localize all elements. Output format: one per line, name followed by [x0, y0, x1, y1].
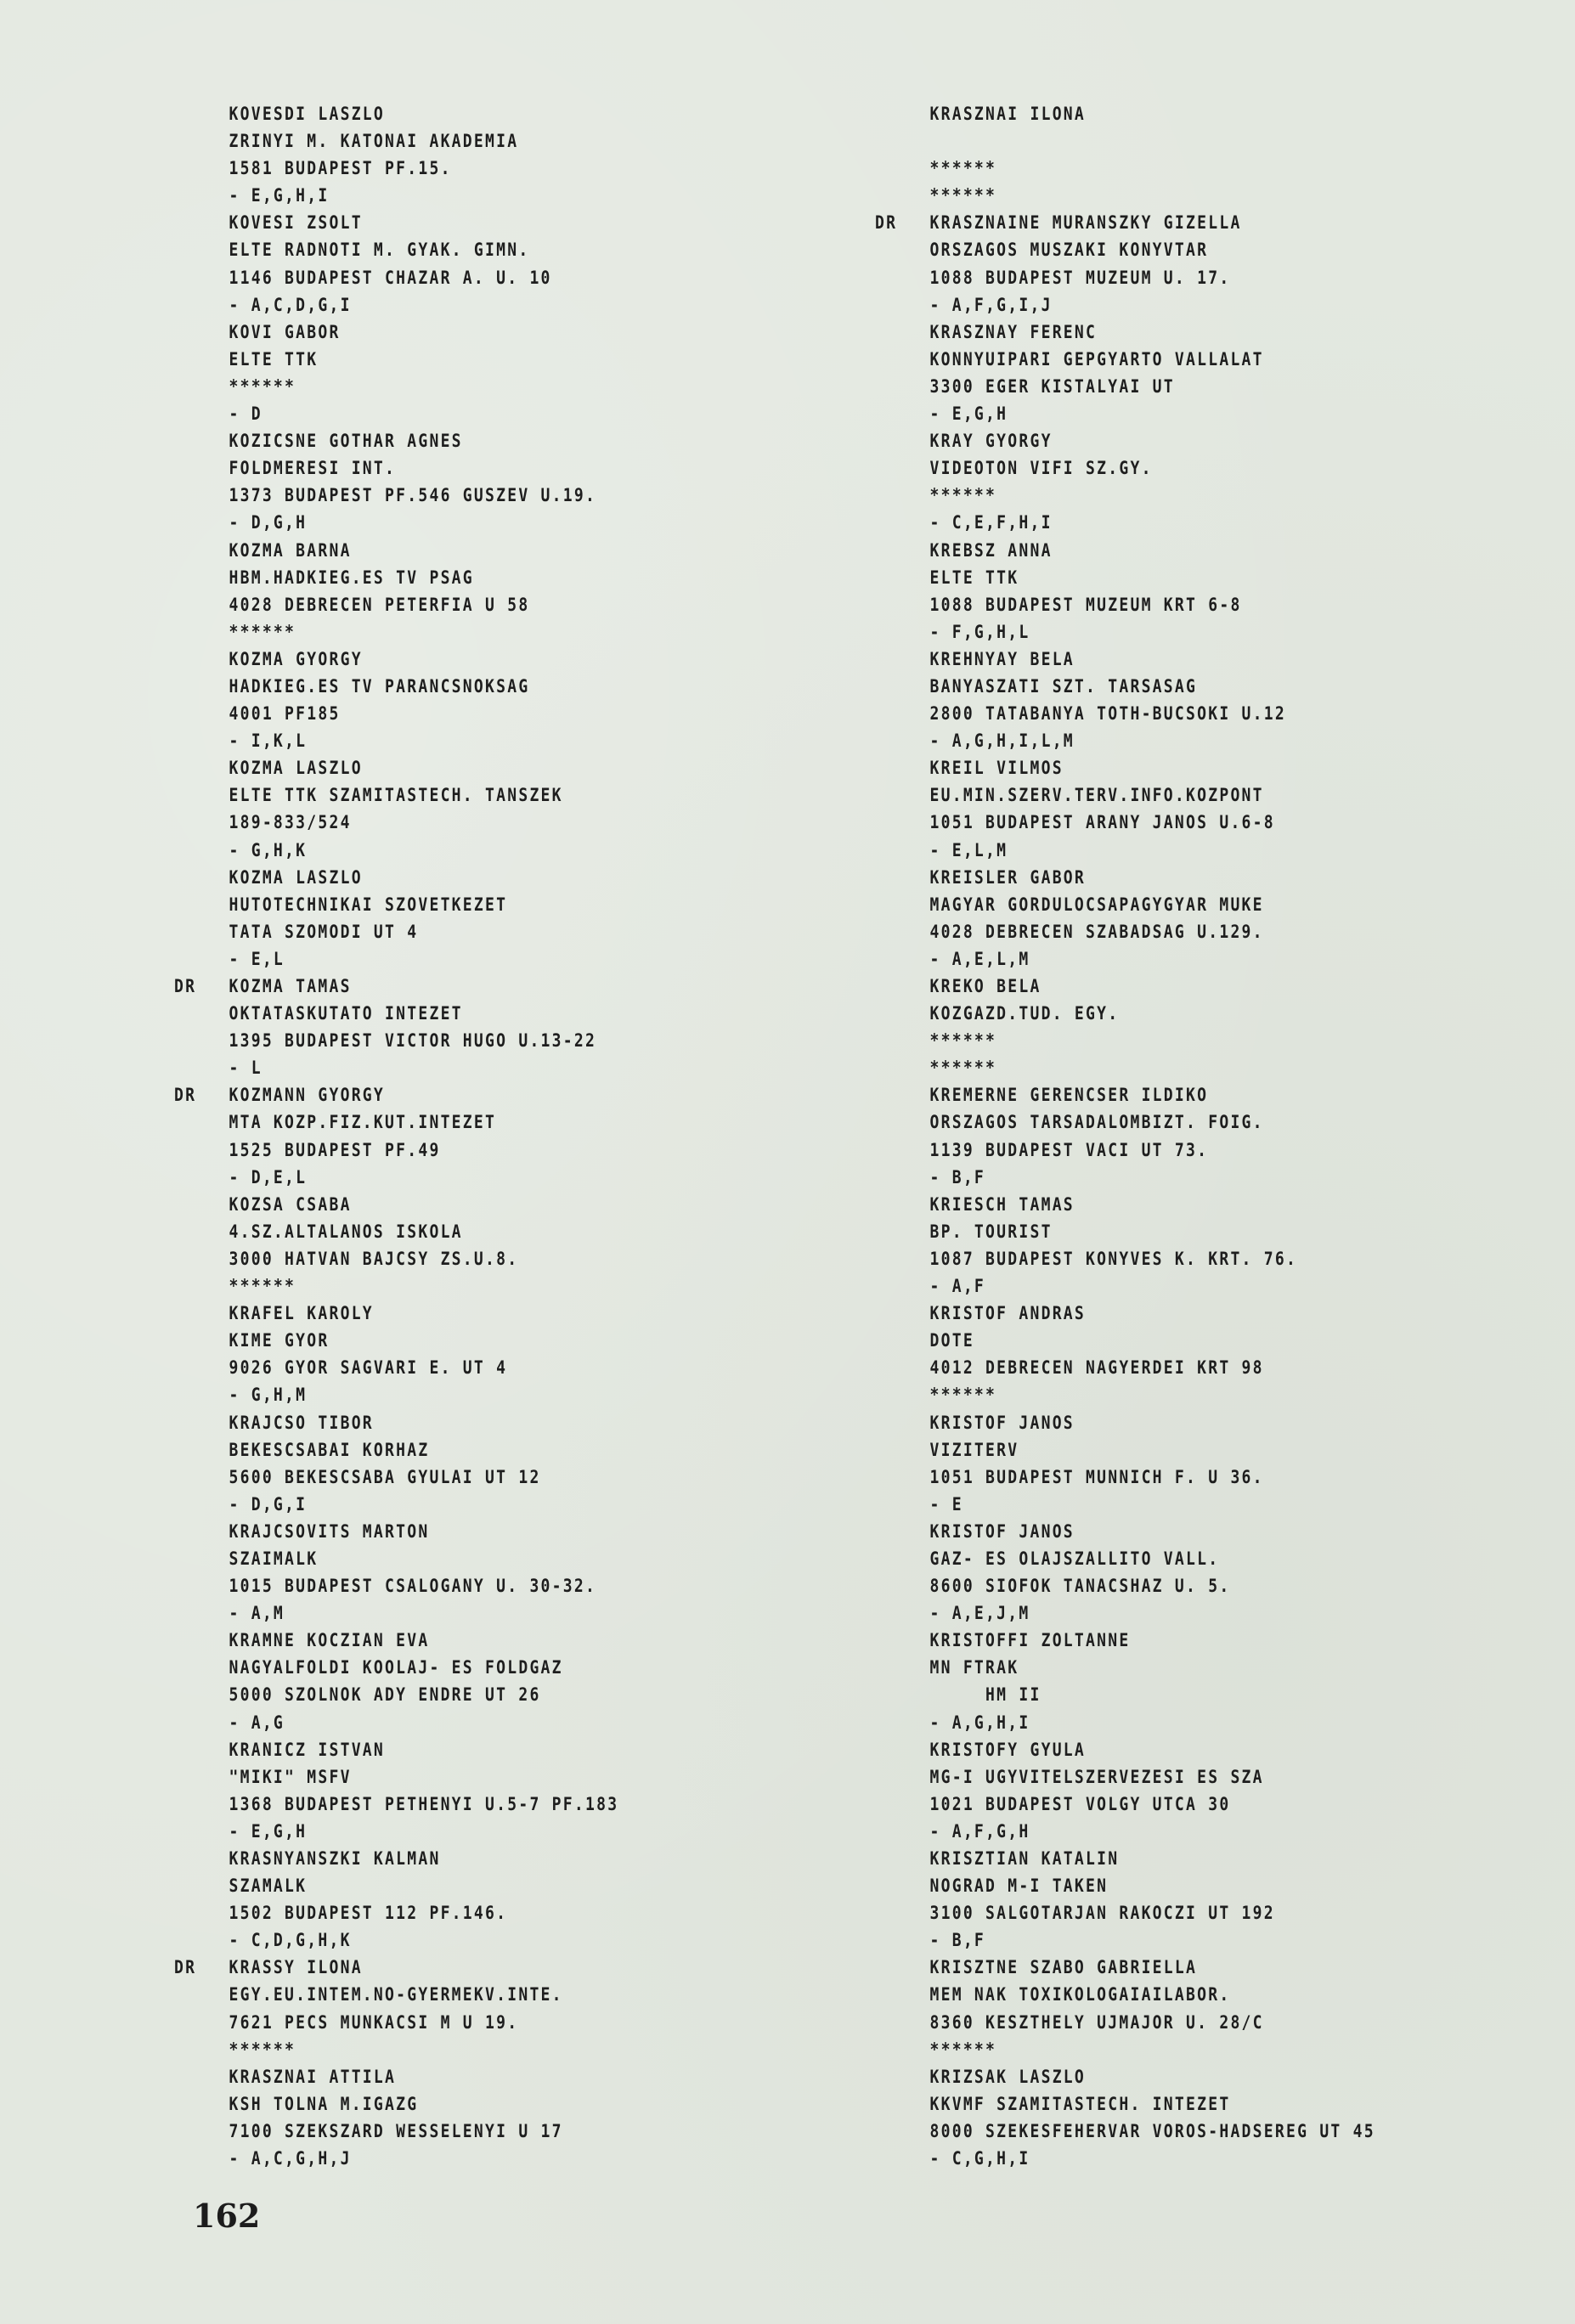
line-text: KRISTOFFI ZOLTANNE	[930, 1630, 1131, 1650]
entry-line: ELTE TTK	[875, 564, 1375, 591]
line-text: ELTE RADNOTI M. GYAK. GIMN.	[229, 240, 530, 260]
category-codes: - A,G,H,I	[875, 1709, 1375, 1736]
line-text: BEKESCSABAI KORHAZ	[229, 1440, 430, 1460]
line-text: ORSZAGOS TARSADALOMBIZT. FOIG.	[930, 1112, 1264, 1132]
entry-line: 1395 BUDAPEST VICTOR HUGO U.13-22	[174, 1027, 618, 1054]
line-text: ******	[930, 158, 997, 178]
entry-line: HM II	[875, 1681, 1375, 1708]
line-text: KRAJCSO TIBOR	[229, 1413, 374, 1433]
line-text: KRISZTNE SZABO GABRIELLA	[930, 1957, 1198, 1977]
category-codes: - B,F	[875, 1926, 1375, 1954]
line-text: KOZMA TAMAS	[229, 976, 352, 996]
line-text: ZRINYI M. KATONAI AKADEMIA	[229, 131, 519, 151]
line-text: 8360 KESZTHELY UJMAJOR U. 28/C	[930, 2012, 1264, 2033]
category-codes: - A,F	[875, 1272, 1375, 1300]
entry-line: ELTE TTK SZAMITASTECH. TANSZEK	[174, 781, 618, 809]
entry-line: ORSZAGOS TARSADALOMBIZT. FOIG.	[875, 1108, 1375, 1136]
line-text: NOGRAD M-I TAKEN	[930, 1876, 1109, 1896]
line-text: 1525 BUDAPEST PF.49	[229, 1140, 441, 1160]
entry-line: 3000 HATVAN BAJCSY ZS.U.8.	[174, 1245, 618, 1272]
placeholder-stars: ******	[174, 373, 618, 400]
line-text: - A,E,J,M	[930, 1603, 1030, 1623]
entry-line: KRAJCSOVITS MARTON	[174, 1518, 618, 1545]
entry-line: DRKOZMA TAMAS	[174, 973, 618, 1000]
category-codes: - D	[174, 400, 618, 427]
line-text: 3300 EGER KISTALYAI UT	[930, 376, 1175, 397]
line-text: KRASZNAI ILONA	[930, 104, 1087, 124]
placeholder-stars: ******	[875, 182, 1375, 209]
category-codes: - E,L	[174, 945, 618, 973]
entry-line: HUTOTECHNIKAI SZOVETKEZET	[174, 891, 618, 918]
line-text: 1051 BUDAPEST MUNNICH F. U 36.	[930, 1467, 1264, 1487]
entry-line: KOVI GABOR	[174, 319, 618, 346]
title-prefix: DR	[174, 973, 229, 1000]
category-codes: - A,E,J,M	[875, 1599, 1375, 1627]
line-text: KRASZNAY FERENC	[930, 322, 1098, 342]
line-text: KREBSZ ANNA	[930, 540, 1053, 561]
entry-line: 4028 DEBRECEN SZABADSAG U.129.	[875, 918, 1375, 945]
line-text: - E,G,H	[930, 403, 1008, 424]
title-prefix: DR	[174, 1954, 229, 1981]
category-codes: - A,F,G,H	[875, 1818, 1375, 1845]
entry-line: 5600 BEKESCSABA GYULAI UT 12	[174, 1464, 618, 1491]
line-text: KONNYUIPARI GEPGYARTO VALLALAT	[930, 349, 1264, 369]
entry-line: KREBSZ ANNA	[875, 537, 1375, 564]
line-text: 1088 BUDAPEST MUZEUM U. 17.	[930, 268, 1231, 288]
entry-line: KOVESI ZSOLT	[174, 209, 618, 236]
line-text: GAZ- ES OLAJSZALLITO VALL.	[930, 1548, 1220, 1569]
line-text: - B,F	[930, 1167, 986, 1187]
line-text: MG-I UGYVITELSZERVEZESI ES SZA	[930, 1767, 1264, 1787]
category-codes: - I,K,L	[174, 727, 618, 754]
line-text: KOZMA GYORGY	[229, 649, 363, 669]
placeholder-stars: ******	[875, 2036, 1375, 2063]
line-text: - A,F	[930, 1276, 986, 1296]
category-codes: - E,G,H	[174, 1818, 618, 1845]
placeholder-stars: ******	[875, 1027, 1375, 1054]
entry-line: 4.SZ.ALTALANOS ISKOLA	[174, 1218, 618, 1245]
entry-line: KRAMNE KOCZIAN EVA	[174, 1627, 618, 1654]
line-text: KOZMA LASZLO	[229, 867, 363, 888]
entry-line: NOGRAD M-I TAKEN	[875, 1872, 1375, 1899]
line-text: - G,H,K	[229, 840, 308, 860]
line-text: MAGYAR GORDULOCSAPAGYGYAR MUKE	[930, 894, 1264, 915]
entry-line: 2800 TATABANYA TOTH-BUCSOKI U.12	[875, 700, 1375, 727]
line-text: - E,L,M	[930, 840, 1008, 860]
line-text: KRAFEL KAROLY	[229, 1303, 374, 1323]
entry-line: MAGYAR GORDULOCSAPAGYGYAR MUKE	[875, 891, 1375, 918]
line-text: ******	[930, 185, 997, 206]
line-text: KRASSY ILONA	[229, 1957, 363, 1977]
entry-line: KRIZSAK LASZLO	[875, 2063, 1375, 2090]
line-text: 2800 TATABANYA TOTH-BUCSOKI U.12	[930, 703, 1286, 724]
directory-column-left: KOVESDI LASZLOZRINYI M. KATONAI AKADEMIA…	[174, 100, 692, 2172]
entry-line: KREMERNE GERENCSER ILDIKO	[875, 1081, 1375, 1108]
line-text: KOVESDI LASZLO	[229, 104, 386, 124]
entry-line: GAZ- ES OLAJSZALLITO VALL.	[875, 1545, 1375, 1572]
entry-line: 1502 BUDAPEST 112 PF.146.	[174, 1899, 618, 1926]
entry-line: KRANICZ ISTVAN	[174, 1736, 618, 1763]
entry-line: KRAY GYORGY	[875, 427, 1375, 454]
line-text: 1021 BUDAPEST VOLGY UTCA 30	[930, 1794, 1231, 1814]
line-text: - A,C,G,H,J	[229, 2148, 352, 2169]
line-text: 1087 BUDAPEST KONYVES K. KRT. 76.	[930, 1249, 1298, 1269]
category-codes: - E	[875, 1491, 1375, 1518]
line-text: 7100 SZEKSZARD WESSELENYI U 17	[229, 2121, 563, 2141]
line-text: SZAMALK	[229, 1876, 308, 1896]
entry-line: 1088 BUDAPEST MUZEUM U. 17.	[875, 264, 1375, 291]
entry-line: TATA SZOMODI UT 4	[174, 918, 618, 945]
category-codes: - C,G,H,I	[875, 2145, 1375, 2172]
entry-line: DRKRASZNAINE MURANSZKY GIZELLA	[875, 209, 1375, 236]
entry-line: KOVESDI LASZLO	[174, 100, 618, 127]
category-codes: - C,D,G,H,K	[174, 1926, 618, 1954]
line-text: HM II	[930, 1684, 1042, 1705]
line-text: SZAIMALK	[229, 1548, 319, 1569]
category-codes: - D,E,L	[174, 1164, 618, 1191]
entry-line: ELTE RADNOTI M. GYAK. GIMN.	[174, 236, 618, 263]
entry-line: 1525 BUDAPEST PF.49	[174, 1137, 618, 1164]
category-codes: - A,G,H,I,L,M	[875, 727, 1375, 754]
line-text: - E	[930, 1494, 963, 1515]
line-text: - D,E,L	[229, 1167, 308, 1187]
line-text: - A,G,H,I,L,M	[930, 730, 1075, 751]
entry-line: 3100 SALGOTARJAN RAKOCZI UT 192	[875, 1899, 1375, 1926]
line-text: - C,G,H,I	[930, 2148, 1030, 2169]
category-codes: - G,H,M	[174, 1381, 618, 1408]
entry-line: 1021 BUDAPEST VOLGY UTCA 30	[875, 1791, 1375, 1818]
line-text: - E,G,H,I	[229, 185, 330, 206]
placeholder-stars: ******	[174, 618, 618, 646]
entry-line: 1015 BUDAPEST CSALOGANY U. 30-32.	[174, 1572, 618, 1599]
line-text: KRISTOFY GYULA	[930, 1740, 1087, 1760]
line-text: KRAMNE KOCZIAN EVA	[229, 1630, 430, 1650]
entry-line: KOZICSNE GOTHAR AGNES	[174, 427, 618, 454]
line-text: KKVMF SZAMITASTECH. INTEZET	[930, 2094, 1231, 2114]
entry-line: 8600 SIOFOK TANACSHAZ U. 5.	[875, 1572, 1375, 1599]
line-text: KRASZNAINE MURANSZKY GIZELLA	[930, 212, 1242, 233]
line-text: 1139 BUDAPEST VACI UT 73.	[930, 1140, 1209, 1160]
line-text: DOTE	[930, 1330, 974, 1351]
line-text: ******	[229, 622, 296, 642]
line-text: 1581 BUDAPEST PF.15.	[229, 158, 452, 178]
line-text: 3000 HATVAN BAJCSY ZS.U.8.	[229, 1249, 519, 1269]
entry-line: SZAMALK	[174, 1872, 618, 1899]
category-codes: - E,G,H	[875, 400, 1375, 427]
line-text: - G,H,M	[229, 1385, 308, 1405]
line-text: BP. TOURIST	[930, 1221, 1053, 1242]
line-text: HADKIEG.ES TV PARANCSNOKSAG	[229, 676, 530, 697]
entry-line: 7621 PECS MUNKACSI M U 19.	[174, 2009, 618, 2036]
line-text: OKTATASKUTATO INTEZET	[229, 1003, 463, 1024]
entry-line: KRISTOF JANOS	[875, 1409, 1375, 1436]
line-text: KOVESI ZSOLT	[229, 212, 363, 233]
line-text: ******	[930, 1385, 997, 1405]
entry-line: MN FTRAK	[875, 1654, 1375, 1681]
line-text: - A,C,D,G,I	[229, 295, 352, 315]
entry-line: 9026 GYOR SAGVARI E. UT 4	[174, 1354, 618, 1381]
entry-line: KRISTOF JANOS	[875, 1518, 1375, 1545]
line-text: KREKO BELA	[930, 976, 1042, 996]
entry-line: HBM.HADKIEG.ES TV PSAG	[174, 564, 618, 591]
line-text: 4012 DEBRECEN NAGYERDEI KRT 98	[930, 1357, 1264, 1378]
line-text: KREISLER GABOR	[930, 867, 1087, 888]
line-text: KOZMANN GYORGY	[229, 1085, 386, 1105]
entry-line: KIME GYOR	[174, 1327, 618, 1354]
line-text: 1395 BUDAPEST VICTOR HUGO U.13-22	[229, 1030, 597, 1051]
line-text: TATA SZOMODI UT 4	[229, 922, 419, 942]
category-codes: - A,M	[174, 1599, 618, 1627]
entry-line: DRKRASSY ILONA	[174, 1954, 618, 1981]
line-text: 4001 PF185	[229, 703, 341, 724]
entry-line: ZRINYI M. KATONAI AKADEMIA	[174, 127, 618, 155]
line-text: "MIKI" MSFV	[229, 1767, 352, 1787]
entry-line: KREIL VILMOS	[875, 754, 1375, 781]
line-text: NAGYALFOLDI KOOLAJ- ES FOLDGAZ	[229, 1657, 563, 1678]
placeholder-stars: ******	[875, 1381, 1375, 1408]
line-text: 5000 SZOLNOK ADY ENDRE UT 26	[229, 1684, 541, 1705]
entry-line: KOZMA LASZLO	[174, 754, 618, 781]
entry-line: 8360 KESZTHELY UJMAJOR U. 28/C	[875, 2009, 1375, 2036]
line-text: 1146 BUDAPEST CHAZAR A. U. 10	[229, 268, 552, 288]
entry-line: MTA KOZP.FIZ.KUT.INTEZET	[174, 1108, 618, 1136]
entry-line: SZAIMALK	[174, 1545, 618, 1572]
placeholder-stars: ******	[875, 482, 1375, 509]
category-codes: - L	[174, 1054, 618, 1081]
category-codes: - C,E,F,H,I	[875, 509, 1375, 536]
line-text: - A,G	[229, 1712, 285, 1733]
entry-line: KRISTOFY GYULA	[875, 1736, 1375, 1763]
placeholder-stars: ******	[174, 2036, 618, 2063]
line-text: - D,G,I	[229, 1494, 308, 1515]
category-codes: - E,G,H,I	[174, 182, 618, 209]
line-text: 1015 BUDAPEST CSALOGANY U. 30-32.	[229, 1576, 597, 1596]
entry-line: KKVMF SZAMITASTECH. INTEZET	[875, 2090, 1375, 2118]
entry-line: 4028 DEBRECEN PETERFIA U 58	[174, 591, 618, 618]
line-text: - I,K,L	[229, 730, 308, 751]
line-text: 8000 SZEKESFEHERVAR VOROS-HADSEREG UT 45	[930, 2121, 1375, 2141]
line-text: KSH TOLNA M.IGAZG	[229, 2094, 419, 2114]
line-text: KRAY GYORGY	[930, 431, 1053, 451]
line-text: 1051 BUDAPEST ARANY JANOS U.6-8	[930, 812, 1275, 832]
entry-line: KOZMA LASZLO	[174, 864, 618, 891]
entry-line: KSH TOLNA M.IGAZG	[174, 2090, 618, 2118]
line-text: ******	[930, 1030, 997, 1051]
line-text: KREMERNE GERENCSER ILDIKO	[930, 1085, 1209, 1105]
entry-line: KONNYUIPARI GEPGYARTO VALLALAT	[875, 346, 1375, 373]
entry-line: 1146 BUDAPEST CHAZAR A. U. 10	[174, 264, 618, 291]
line-text: ******	[229, 1276, 296, 1296]
line-text: 4028 DEBRECEN PETERFIA U 58	[229, 595, 530, 615]
entry-line: 189-833/524	[174, 809, 618, 836]
line-text: 7621 PECS MUNKACSI M U 19.	[229, 2012, 519, 2033]
entry-line: EGY.EU.INTEM.NO-GYERMEKV.INTE.	[174, 1981, 618, 2008]
title-prefix: DR	[875, 209, 930, 236]
line-text: 1088 BUDAPEST MUZEUM KRT 6-8	[930, 595, 1242, 615]
category-codes: - D,G,H	[174, 509, 618, 536]
blank-line	[875, 127, 1375, 155]
entry-line: 7100 SZEKSZARD WESSELENYI U 17	[174, 2118, 618, 2145]
line-text: KRISZTIAN KATALIN	[930, 1848, 1120, 1869]
category-codes: - E,L,M	[875, 837, 1375, 864]
line-text: - A,G,H,I	[930, 1712, 1030, 1733]
category-codes: - D,G,I	[174, 1491, 618, 1518]
line-text: KRAJCSOVITS MARTON	[229, 1521, 430, 1542]
entry-line: VIDEOTON VIFI SZ.GY.	[875, 454, 1375, 482]
entry-line: 1087 BUDAPEST KONYVES K. KRT. 76.	[875, 1245, 1375, 1272]
category-codes: - A,C,D,G,I	[174, 291, 618, 319]
entry-line: ELTE TTK	[174, 346, 618, 373]
entry-line: 1581 BUDAPEST PF.15.	[174, 155, 618, 182]
entry-line: KREHNYAY BELA	[875, 646, 1375, 673]
line-text: KOVI GABOR	[229, 322, 341, 342]
line-text: KRANICZ ISTVAN	[229, 1740, 386, 1760]
line-text: 9026 GYOR SAGVARI E. UT 4	[229, 1357, 508, 1378]
line-text: KOZMA LASZLO	[229, 758, 363, 778]
entry-line: DRKOZMANN GYORGY	[174, 1081, 618, 1108]
line-text: KOZMA BARNA	[229, 540, 352, 561]
category-codes: - A,F,G,I,J	[875, 291, 1375, 319]
entry-line: KREKO BELA	[875, 973, 1375, 1000]
entry-line: 8000 SZEKESFEHERVAR VOROS-HADSEREG UT 45	[875, 2118, 1375, 2145]
line-text: - C,E,F,H,I	[930, 512, 1053, 533]
entry-line: EU.MIN.SZERV.TERV.INFO.KOZPONT	[875, 781, 1375, 809]
entry-line: ORSZAGOS MUSZAKI KONYVTAR	[875, 236, 1375, 263]
title-prefix: DR	[174, 1081, 229, 1108]
entry-line: MG-I UGYVITELSZERVEZESI ES SZA	[875, 1763, 1375, 1791]
line-text: KOZGAZD.TUD. EGY.	[930, 1003, 1120, 1024]
category-codes: - A,E,L,M	[875, 945, 1375, 973]
line-text: - A,E,L,M	[930, 949, 1030, 969]
line-text: HBM.HADKIEG.ES TV PSAG	[229, 567, 474, 588]
line-text: KOZICSNE GOTHAR AGNES	[229, 431, 463, 451]
entry-line: 5000 SZOLNOK ADY ENDRE UT 26	[174, 1681, 618, 1708]
entry-line: 4001 PF185	[174, 700, 618, 727]
line-text: ******	[930, 485, 997, 505]
entry-line: 1088 BUDAPEST MUZEUM KRT 6-8	[875, 591, 1375, 618]
line-text: - F,G,H,L	[930, 622, 1030, 642]
line-text: HUTOTECHNIKAI SZOVETKEZET	[229, 894, 508, 915]
line-text: VIDEOTON VIFI SZ.GY.	[930, 458, 1153, 478]
line-text: MN FTRAK	[930, 1657, 1019, 1678]
entry-line: OKTATASKUTATO INTEZET	[174, 1000, 618, 1027]
line-text: - E,L	[229, 949, 285, 969]
entry-line: KRASZNAY FERENC	[875, 319, 1375, 346]
entry-line: 1051 BUDAPEST ARANY JANOS U.6-8	[875, 809, 1375, 836]
entry-line: MEM NAK TOXIKOLOGAIAILABOR.	[875, 1981, 1375, 2008]
line-text: - A,F,G,H	[930, 1821, 1030, 1842]
line-text: 1368 BUDAPEST PETHENYI U.5-7 PF.183	[229, 1794, 619, 1814]
category-codes: - A,C,G,H,J	[174, 2145, 618, 2172]
entry-line: KOZMA BARNA	[174, 537, 618, 564]
entry-line: KOZMA GYORGY	[174, 646, 618, 673]
line-text: KRISTOF JANOS	[930, 1521, 1075, 1542]
entry-line: KOZGAZD.TUD. EGY.	[875, 1000, 1375, 1027]
entry-line: KRASNYANSZKI KALMAN	[174, 1845, 618, 1872]
line-text: - E,G,H	[229, 1821, 308, 1842]
line-text: - A,F,G,I,J	[930, 295, 1053, 315]
entry-line: 4012 DEBRECEN NAGYERDEI KRT 98	[875, 1354, 1375, 1381]
category-codes: - B,F	[875, 1164, 1375, 1191]
line-text: EU.MIN.SZERV.TERV.INFO.KOZPONT	[930, 785, 1264, 805]
entry-line: KRISTOF ANDRAS	[875, 1300, 1375, 1327]
placeholder-stars: ******	[875, 155, 1375, 182]
placeholder-stars: ******	[174, 1272, 618, 1300]
directory-column-right: KRASZNAI ILONA************DRKRASZNAINE M…	[875, 100, 1457, 2172]
line-text: KREHNYAY BELA	[930, 649, 1075, 669]
entry-line: 1373 BUDAPEST PF.546 GUSZEV U.19.	[174, 482, 618, 509]
line-text: VIZITERV	[930, 1440, 1019, 1460]
entry-line: KRASZNAI ATTILA	[174, 2063, 618, 2090]
category-codes: - F,G,H,L	[875, 618, 1375, 646]
line-text: 4028 DEBRECEN SZABADSAG U.129.	[930, 922, 1264, 942]
line-text: - C,D,G,H,K	[229, 1930, 352, 1950]
line-text: MTA KOZP.FIZ.KUT.INTEZET	[229, 1112, 497, 1132]
line-text: ******	[930, 1058, 997, 1078]
page-number: 162	[193, 2197, 260, 2235]
line-text: ******	[930, 2039, 997, 2060]
line-text: - D	[229, 403, 262, 424]
line-text: KRISTOF ANDRAS	[930, 1303, 1087, 1323]
line-text: ORSZAGOS MUSZAKI KONYVTAR	[930, 240, 1209, 260]
line-text: KRIESCH TAMAS	[930, 1194, 1075, 1215]
line-text: 1373 BUDAPEST PF.546 GUSZEV U.19.	[229, 485, 597, 505]
line-text: ******	[229, 376, 296, 397]
line-text: - B,F	[930, 1930, 986, 1950]
line-text: - L	[229, 1058, 262, 1078]
entry-line: KRAJCSO TIBOR	[174, 1409, 618, 1436]
line-text: - A,M	[229, 1603, 285, 1623]
line-text: KIME GYOR	[229, 1330, 330, 1351]
line-text: 8600 SIOFOK TANACSHAZ U. 5.	[930, 1576, 1231, 1596]
line-text: 5600 BEKESCSABA GYULAI UT 12	[229, 1467, 541, 1487]
category-codes: - G,H,K	[174, 837, 618, 864]
entry-line: VIZITERV	[875, 1436, 1375, 1464]
entry-line: DOTE	[875, 1327, 1375, 1354]
line-text: KRASZNAI ATTILA	[229, 2067, 397, 2087]
entry-line: BANYASZATI SZT. TARSASAG	[875, 673, 1375, 700]
entry-line: KRIESCH TAMAS	[875, 1191, 1375, 1218]
entry-line: 1139 BUDAPEST VACI UT 73.	[875, 1137, 1375, 1164]
entry-line: "MIKI" MSFV	[174, 1763, 618, 1791]
line-text: KRISTOF JANOS	[930, 1413, 1075, 1433]
entry-line: KOZSA CSABA	[174, 1191, 618, 1218]
category-codes: - A,G	[174, 1709, 618, 1736]
line-text: ELTE TTK SZAMITASTECH. TANSZEK	[229, 785, 563, 805]
entry-line: 1368 BUDAPEST PETHENYI U.5-7 PF.183	[174, 1791, 618, 1818]
line-text: 189-833/524	[229, 812, 352, 832]
line-text: 1502 BUDAPEST 112 PF.146.	[229, 1903, 508, 1923]
line-text: KRIZSAK LASZLO	[930, 2067, 1087, 2087]
line-text: ******	[229, 2039, 296, 2060]
entry-line: 1051 BUDAPEST MUNNICH F. U 36.	[875, 1464, 1375, 1491]
line-text: ELTE TTK	[229, 349, 319, 369]
entry-line: FOLDMERESI INT.	[174, 454, 618, 482]
entry-line: KREISLER GABOR	[875, 864, 1375, 891]
entry-line: KRISZTNE SZABO GABRIELLA	[875, 1954, 1375, 1981]
entry-line: BP. TOURIST	[875, 1218, 1375, 1245]
line-text: 3100 SALGOTARJAN RAKOCZI UT 192	[930, 1903, 1275, 1923]
entry-line: KRASZNAI ILONA	[875, 100, 1375, 127]
line-text: KREIL VILMOS	[930, 758, 1064, 778]
entry-line: 3300 EGER KISTALYAI UT	[875, 373, 1375, 400]
entry-line: KRISZTIAN KATALIN	[875, 1845, 1375, 1872]
entry-line: NAGYALFOLDI KOOLAJ- ES FOLDGAZ	[174, 1654, 618, 1681]
line-text: - D,G,H	[229, 512, 308, 533]
entry-line: BEKESCSABAI KORHAZ	[174, 1436, 618, 1464]
line-text: BANYASZATI SZT. TARSASAG	[930, 676, 1198, 697]
placeholder-stars: ******	[875, 1054, 1375, 1081]
